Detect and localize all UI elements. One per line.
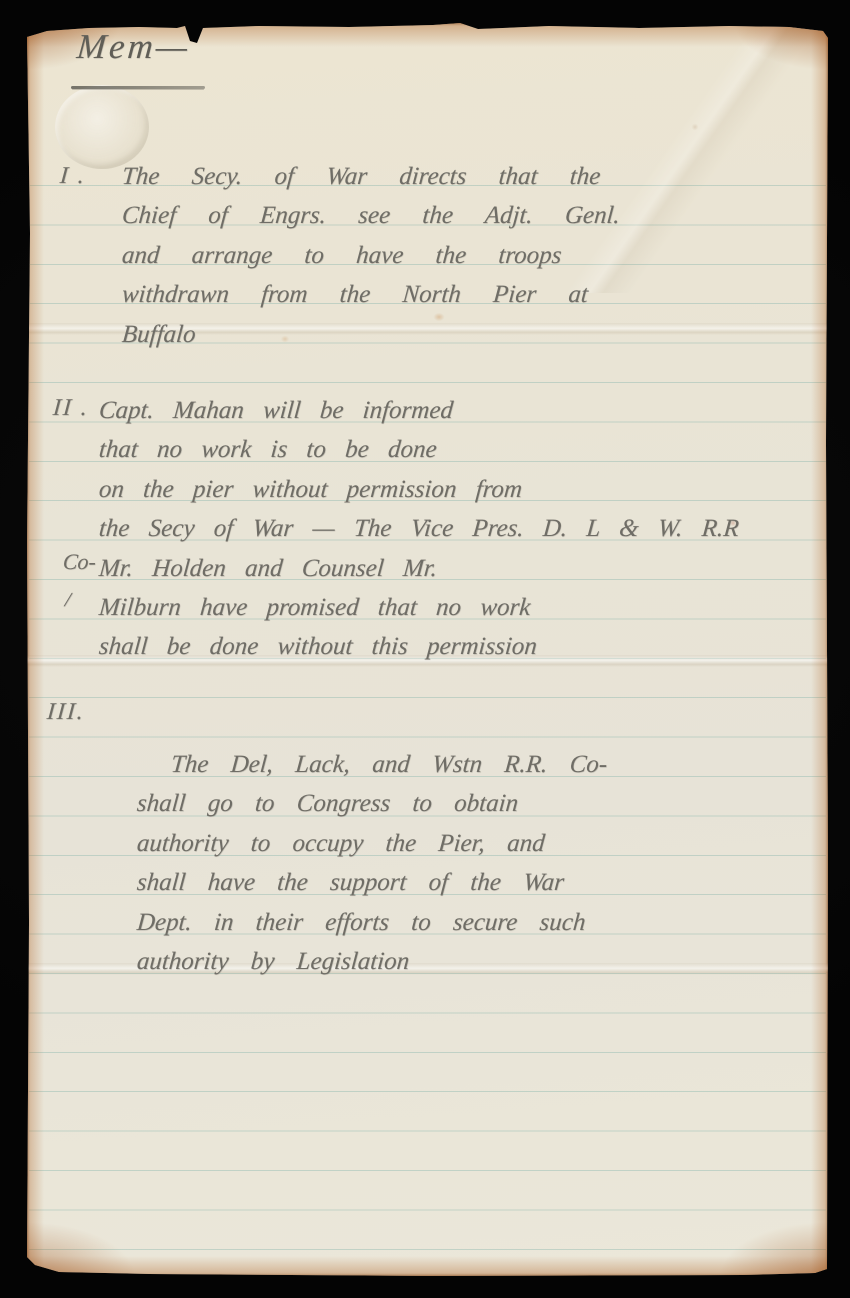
handwriting-line: Capt. Mahan will be informed (97, 391, 829, 430)
memo-section-2: II . Capt. Mahan will be informedthat no… (27, 391, 828, 667)
memo-page: Mem— I . The Secy. of War directs that t… (27, 23, 828, 1276)
memo-section-3: III. The Del, Lack, and Wstn R.R. Co-sha… (27, 699, 828, 981)
handwriting-line: that no work is to be done (97, 430, 829, 469)
handwriting-line: The Secy. of War directs that the (120, 157, 829, 196)
handwriting-line: shall be done without this permission (97, 627, 829, 666)
memo-title: Mem— (75, 27, 192, 67)
handwriting-line: Dept. in their efforts to secure such (135, 903, 829, 942)
handwriting-line: the Secy of War — The Vice Pres. D. L & … (97, 509, 829, 548)
handwriting-line: authority by Legislation (135, 942, 829, 981)
black-backdrop: Mem— I . The Secy. of War directs that t… (0, 0, 850, 1298)
section-1-numeral: I . (59, 163, 87, 190)
handwriting-line: Milburn have promised that no work (97, 588, 829, 627)
section-3-numeral: III. (46, 699, 86, 726)
title-underline (71, 86, 205, 89)
margin-note-co: Co- (62, 549, 97, 575)
handwriting-line: The Del, Lack, and Wstn R.R. Co- (135, 745, 829, 784)
section-1-lines: The Secy. of War directs that theChief o… (122, 157, 828, 354)
handwriting-line: shall go to Congress to obtain (135, 784, 829, 823)
handwriting-line: Chief of Engrs. see the Adjt. Genl. (120, 196, 829, 235)
handwriting-line: authority to occupy the Pier, and (135, 824, 829, 863)
section-3-lines: The Del, Lack, and Wstn R.R. Co-shall go… (137, 699, 828, 981)
handwriting-line: on the pier without permission from (97, 470, 829, 509)
handwriting-line: shall have the support of the War (135, 863, 829, 902)
memo-section-1: I . The Secy. of War directs that theChi… (27, 157, 828, 354)
handwriting-line: withdrawn from the North Pier at (120, 275, 829, 314)
section-2-numeral: II . (52, 395, 90, 422)
scan-photo: { "document_kind": "handwritten pencil m… (0, 0, 850, 1298)
handwriting-line: and arrange to have the troops (120, 236, 829, 275)
handwriting-line: Mr. Holden and Counsel Mr. (97, 549, 829, 588)
section-2-lines: Capt. Mahan will be informedthat no work… (99, 391, 828, 667)
handwriting-line: Buffalo (120, 315, 829, 354)
